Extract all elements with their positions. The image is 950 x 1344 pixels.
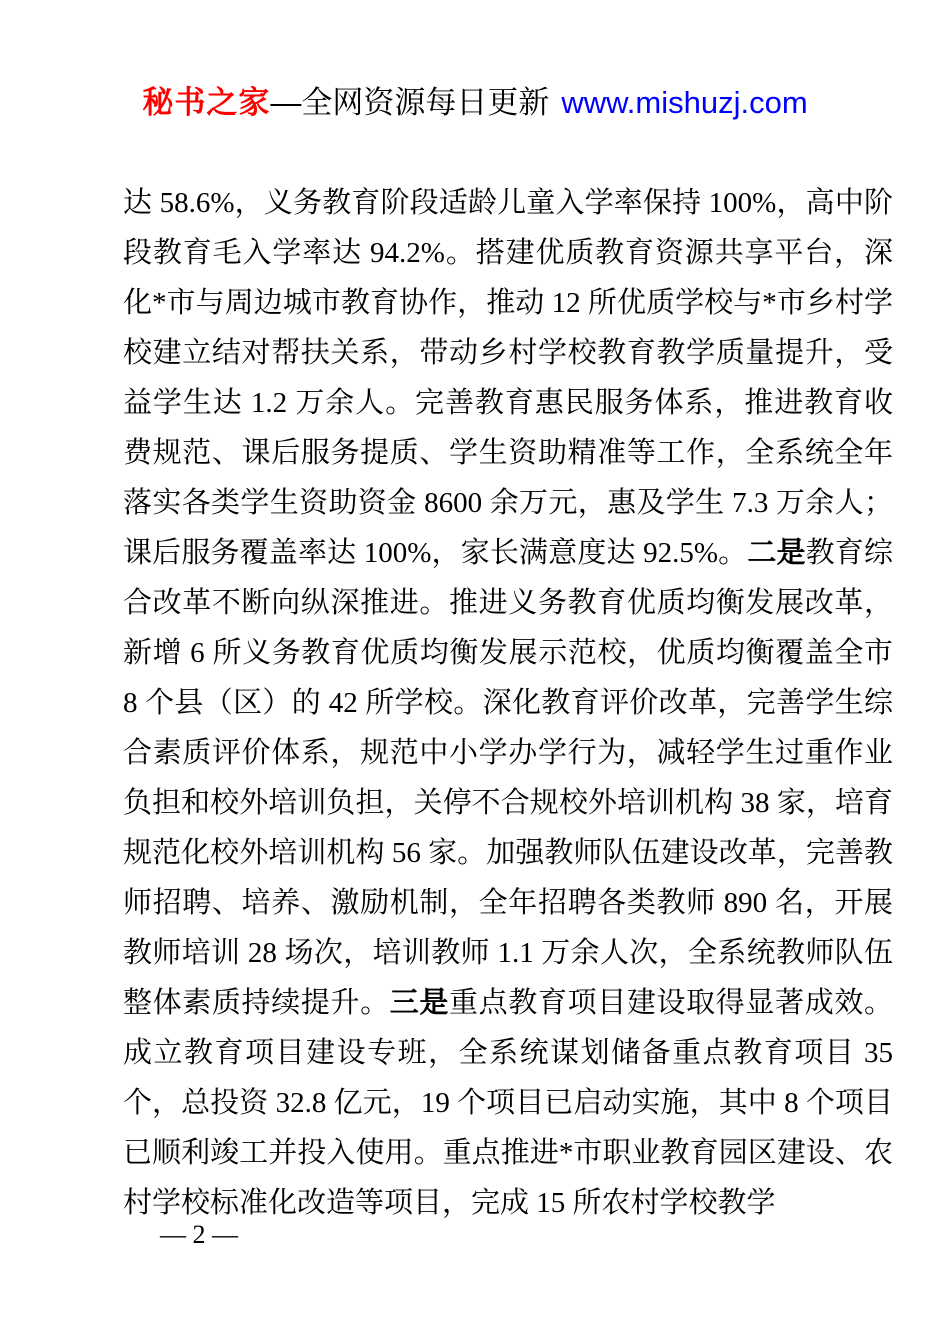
- document-page: 秘书之家—全网资源每日更新www.mishuzj.com 达 58.6%，义务教…: [0, 0, 950, 1344]
- text-run: 重点教育项目建设取得显著成效。成立教育项目建设专班，全系统谋划储备重点教育项目 …: [123, 987, 893, 1219]
- text-run: 达 58.6%，义务教育阶段适龄儿童入学率保持 100%，高中阶段教育毛入学率达…: [123, 187, 893, 569]
- bold-enumerator-run: 二是: [747, 537, 805, 569]
- site-tagline: —全网资源每日更新: [270, 85, 549, 120]
- site-url-link[interactable]: www.mishuzj.com: [561, 85, 807, 120]
- page-number: — 2 —: [160, 1220, 238, 1249]
- site-brand-name: 秘书之家: [142, 85, 270, 120]
- site-watermark-header: 秘书之家—全网资源每日更新www.mishuzj.com: [0, 82, 950, 124]
- document-body: 达 58.6%，义务教育阶段适龄儿童入学率保持 100%，高中阶段教育毛入学率达…: [123, 178, 893, 1228]
- report-paragraph: 达 58.6%，义务教育阶段适龄儿童入学率保持 100%，高中阶段教育毛入学率达…: [123, 178, 893, 1228]
- bold-enumerator-run: 三是: [390, 987, 449, 1019]
- page-footer: — 2 —: [160, 1220, 238, 1250]
- text-run: 教育综合改革不断向纵深推进。推进义务教育优质均衡发展改革，新增 6 所义务教育优…: [123, 537, 893, 1019]
